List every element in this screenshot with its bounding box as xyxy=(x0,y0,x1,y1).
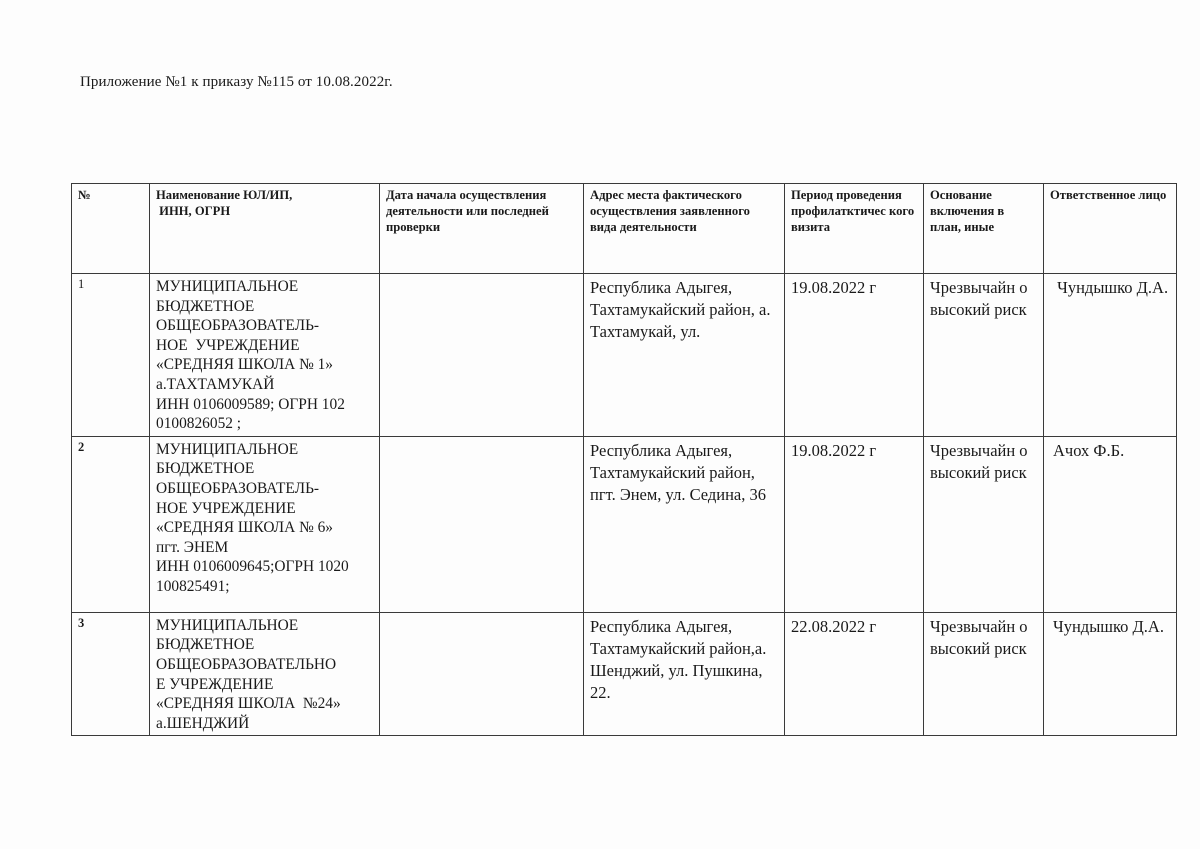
basis-cell: Чрезвычайн о высокий риск xyxy=(924,274,1044,437)
org-line: 100825491; xyxy=(156,577,373,597)
visit-period-cell: 19.08.2022 г xyxy=(785,436,924,612)
header-row: № Наименование ЮЛ/ИП, ИНН, ОГРН Дата нач… xyxy=(72,184,1177,274)
inspection-plan-table: № Наименование ЮЛ/ИП, ИНН, ОГРН Дата нач… xyxy=(71,183,1177,736)
org-line: а.ШЕНДЖИЙ xyxy=(156,714,373,734)
org-line: ОБЩЕОБРАЗОВАТЕЛЬ- xyxy=(156,479,373,499)
header-visit-period: Период проведения профилатктичес кого ви… xyxy=(785,184,924,274)
org-line: БЮДЖЕТНОЕ xyxy=(156,297,373,317)
table-row: 1 МУНИЦИПАЛЬНОЕ БЮДЖЕТНОЕ ОБЩЕОБРАЗОВАТЕ… xyxy=(72,274,1177,437)
org-line: БЮДЖЕТНОЕ xyxy=(156,459,373,479)
responsible-cell: Ачох Ф.Б. xyxy=(1044,436,1177,612)
basis-cell: Чрезвычайн о высокий риск xyxy=(924,612,1044,736)
address-cell: Республика Адыгея, Тахтамукайский район,… xyxy=(584,436,785,612)
org-line: БЮДЖЕТНОЕ xyxy=(156,635,373,655)
org-line: НОЕ УЧРЕЖДЕНИЕ xyxy=(156,336,373,356)
row-number: 3 xyxy=(72,612,150,736)
document-caption: Приложение №1 к приказу №115 от 10.08.20… xyxy=(80,74,393,91)
org-line: Е УЧРЕЖДЕНИЕ xyxy=(156,675,373,695)
responsible-cell: Чундышко Д.А. xyxy=(1044,274,1177,437)
header-start-date: Дата начала осуществления деятельности и… xyxy=(380,184,584,274)
table-row: 3 МУНИЦИПАЛЬНОЕ БЮДЖЕТНОЕ ОБЩЕОБРАЗОВАТЕ… xyxy=(72,612,1177,736)
org-line: «СРЕДНЯЯ ШКОЛА № 6» xyxy=(156,518,373,538)
header-organization: Наименование ЮЛ/ИП, ИНН, ОГРН xyxy=(150,184,380,274)
header-responsible: Ответственное лицо xyxy=(1044,184,1177,274)
organization-cell: МУНИЦИПАЛЬНОЕ БЮДЖЕТНОЕ ОБЩЕОБРАЗОВАТЕЛЬ… xyxy=(150,436,380,612)
address-cell: Республика Адыгея, Тахтамукайский район,… xyxy=(584,274,785,437)
row-number: 1 xyxy=(72,274,150,437)
org-line: МУНИЦИПАЛЬНОЕ xyxy=(156,616,373,636)
org-line: 0100826052 ; xyxy=(156,414,373,434)
org-line: ИНН 0106009589; ОГРН 102 xyxy=(156,395,373,415)
organization-cell: МУНИЦИПАЛЬНОЕ БЮДЖЕТНОЕ ОБЩЕОБРАЗОВАТЕЛЬ… xyxy=(150,612,380,736)
org-line: ИНН 0106009645;ОГРН 1020 xyxy=(156,557,373,577)
responsible-cell: Чундышко Д.А. xyxy=(1044,612,1177,736)
visit-period-cell: 19.08.2022 г xyxy=(785,274,924,437)
org-line: ОБЩЕОБРАЗОВАТЕЛЬ- xyxy=(156,316,373,336)
visit-period-cell: 22.08.2022 г xyxy=(785,612,924,736)
org-line: пгт. ЭНЕМ xyxy=(156,538,373,558)
header-number: № xyxy=(72,184,150,274)
address-cell: Республика Адыгея, Тахтамукайский район,… xyxy=(584,612,785,736)
org-line: МУНИЦИПАЛЬНОЕ xyxy=(156,277,373,297)
start-date-cell xyxy=(380,274,584,437)
organization-cell: МУНИЦИПАЛЬНОЕ БЮДЖЕТНОЕ ОБЩЕОБРАЗОВАТЕЛЬ… xyxy=(150,274,380,437)
org-line: «СРЕДНЯЯ ШКОЛА № 1» xyxy=(156,355,373,375)
org-line: НОЕ УЧРЕЖДЕНИЕ xyxy=(156,499,373,519)
start-date-cell xyxy=(380,612,584,736)
start-date-cell xyxy=(380,436,584,612)
row-number: 2 xyxy=(72,436,150,612)
org-line: МУНИЦИПАЛЬНОЕ xyxy=(156,440,373,460)
org-line: ОБЩЕОБРАЗОВАТЕЛЬНО xyxy=(156,655,373,675)
header-address: Адрес места фактического осуществления з… xyxy=(584,184,785,274)
basis-cell: Чрезвычайн о высокий риск xyxy=(924,436,1044,612)
table-row: 2 МУНИЦИПАЛЬНОЕ БЮДЖЕТНОЕ ОБЩЕОБРАЗОВАТЕ… xyxy=(72,436,1177,612)
org-line: «СРЕДНЯЯ ШКОЛА №24» xyxy=(156,694,373,714)
org-line: а.ТАХТАМУКАЙ xyxy=(156,375,373,395)
header-basis: Основание включения в план, иные xyxy=(924,184,1044,274)
